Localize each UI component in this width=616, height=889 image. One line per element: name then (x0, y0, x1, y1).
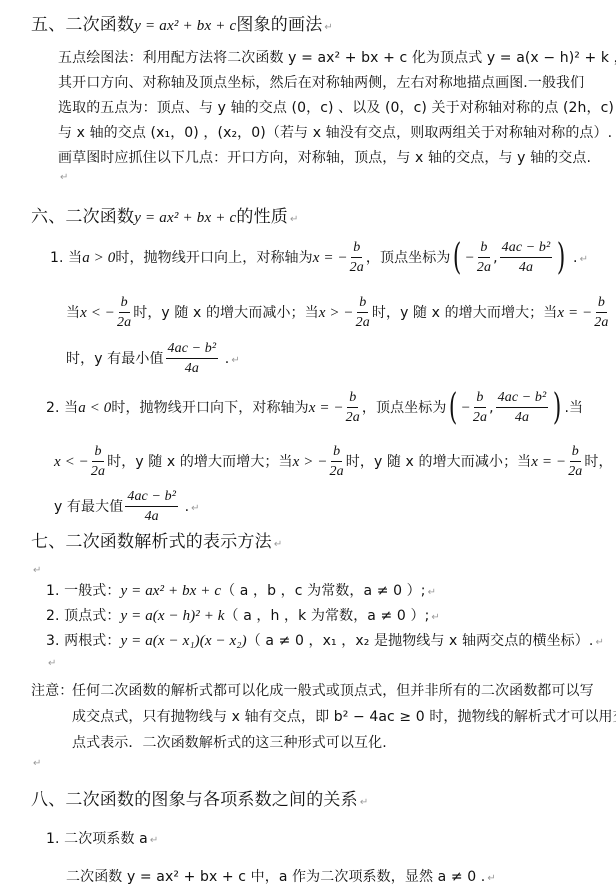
text: 时，抛物线开口向下，对称轴为 (111, 400, 308, 416)
numerator: b (92, 445, 103, 462)
section-5-line-1: 五点绘图法：利用配方法将二次函数 y = ax² + bx + c 化为顶点式 … (58, 47, 616, 67)
fraction: 4ac − b²4a (500, 241, 553, 275)
numerator: b (357, 296, 368, 313)
form-label: 2. 顶点式： (46, 608, 121, 624)
note-label: 注意： (31, 680, 73, 700)
numerator: b (351, 241, 362, 258)
numerator: b (119, 296, 130, 313)
formula: x < − (80, 305, 115, 321)
heading-formula: y = ax² + bx + c (134, 18, 236, 34)
formula: x > − (319, 305, 354, 321)
denominator: 4a (145, 507, 159, 524)
heading-text: 的性质 (236, 207, 288, 227)
text: 当 (66, 305, 80, 321)
form-note: （ a ≠ 0 ，x₁ ，x₂ 是抛物线与 x 轴两交点的横坐标）. (247, 633, 594, 649)
formula: y = a(x − h)² + k (121, 608, 225, 624)
paragraph-mark-icon: ↵ (290, 214, 299, 225)
numerator: 4ac − b² (125, 490, 178, 507)
fraction: b2a (477, 241, 491, 275)
denominator: 2a (473, 408, 487, 425)
numerator: b (331, 445, 342, 462)
paragraph-mark-icon: ↵ (487, 873, 495, 884)
form-label: 1. 一般式： (46, 583, 121, 599)
fraction: b2a (356, 296, 370, 330)
section-6-heading: 六、二次函数y = ax² + bx + c的性质↵ (31, 202, 299, 227)
section-5-line-4: 与 x 轴的交点 (x₁，0) ，(x₂，0)（若与 x 轴没有交点，则取两组关… (58, 122, 612, 142)
property-item-1-line-1: 1. 当a > 0时，抛物线开口向上，对称轴为x = −b2a，顶点坐标为(−b… (50, 240, 588, 276)
section-5-line-5: 画草图时应抓住以下几点：开口方向，对称轴，顶点，与 x 轴的交点，与 y 轴的交… (58, 147, 591, 167)
denominator: 2a (594, 313, 608, 330)
numerator: b (474, 391, 485, 408)
paragraph-mark-icon: ↵ (274, 539, 283, 550)
text: y 有最大值 (54, 499, 123, 515)
heading-formula: y = ax² + bx + c (134, 210, 236, 226)
numerator: 4ac − b² (500, 241, 553, 258)
paragraph-mark-icon: ↵ (360, 797, 369, 808)
right-paren-icon: ) (557, 240, 565, 276)
section-8-heading: 八、二次函数的图象与各项系数之间的关系↵ (31, 785, 368, 810)
text: y 随 x 的增大而减小；当 (374, 454, 531, 470)
text: 时， (584, 454, 612, 470)
paragraph-mark-icon: ↵ (324, 22, 333, 33)
fraction: b2a (350, 241, 364, 275)
expression-form-3: 3. 两根式：y = a(x − x₁)(x − x₂)（ a ≠ 0 ，x₁ … (46, 630, 604, 650)
paragraph-mark-icon: ↵ (33, 565, 41, 576)
paragraph-mark-icon: ↵ (231, 355, 239, 366)
property-item-2-line-3: y 有最大值4ac − b²4a .↵ (54, 490, 200, 524)
paragraph-mark-icon: ↵ (150, 835, 158, 846)
fraction: b2a (346, 391, 360, 425)
fraction: b2a (568, 445, 582, 479)
text: .当 (564, 400, 583, 416)
item-number: 1. (50, 250, 64, 266)
text: y 随 x 的增大而减小；当 (161, 305, 318, 321)
heading-text: 五、二次函数 (31, 15, 134, 35)
note-line-2: 成交点式，只有抛物线与 x 轴有交点，即 b² − 4ac ≥ 0 时，抛物线的… (72, 706, 616, 726)
expression-form-1: 1. 一般式：y = ax² + bx + c（ a ，b ，c 为常数，a ≠… (46, 580, 436, 600)
property-item-2-line-1: 2. 当a < 0时，抛物线开口向下，对称轴为x = −b2a，顶点坐标为(−b… (46, 390, 583, 426)
section-5-line-2: 其开口方向、对称轴及顶点坐标，然后在对称轴两侧，左右对称地描点画图.一般我们 (58, 72, 584, 92)
text: 时， (133, 305, 161, 321)
form-note: （ a ，h ，k 为常数，a ≠ 0 ）; (225, 608, 430, 624)
item-title: 1. 二次项系数 a (46, 831, 148, 847)
numerator: b (570, 445, 581, 462)
paragraph-mark-icon: ↵ (580, 254, 588, 265)
formula: x < − (54, 454, 89, 470)
denominator: 2a (350, 258, 364, 275)
form-note: （ a ，b ，c 为常数，a ≠ 0 ）; (221, 583, 425, 599)
paragraph-mark-icon: ↵ (428, 587, 436, 598)
section-5-heading: 五、二次函数y = ax² + bx + c图象的画法↵ (31, 10, 333, 35)
text: ，顶点坐标为 (366, 250, 451, 266)
right-paren-icon: ) (553, 390, 561, 426)
left-paren-icon: ( (449, 390, 457, 426)
text: 二次函数 y = ax² + bx + c 中，a 作为二次项系数，显然 a ≠… (66, 869, 485, 885)
paragraph-mark-icon: ↵ (191, 503, 199, 514)
heading-text: 六、二次函数 (31, 207, 134, 227)
formula: y = ax² + bx + c (121, 583, 222, 599)
text: 时， (107, 454, 135, 470)
formula: x = − (313, 250, 348, 266)
text: 时，抛物线开口向上，对称轴为 (115, 250, 312, 266)
denominator: 2a (346, 408, 360, 425)
fraction: b2a (330, 445, 344, 479)
heading-text: 八、二次函数的图象与各项系数之间的关系 (31, 790, 358, 810)
property-item-1-line-3: 时，y 有最小值4ac − b²4a .↵ (66, 342, 240, 376)
heading-text: 七、二次函数解析式的表示方法 (31, 532, 272, 552)
section-5-line-3: 选取的五点为：顶点、与 y 轴的交点 (0，c) 、以及 (0，c) 关于对称轴… (58, 97, 616, 117)
paragraph-mark-icon: ↵ (60, 172, 68, 183)
form-label: 3. 两根式： (46, 633, 121, 649)
fraction: 4ac − b²4a (166, 342, 219, 376)
coefficient-line: 二次函数 y = ax² + bx + c 中，a 作为二次项系数，显然 a ≠… (66, 866, 496, 886)
note-line-3: 点式表示．二次函数解析式的这三种形式可以互化. (72, 732, 387, 752)
denominator: 4a (185, 359, 199, 376)
denominator: 2a (477, 258, 491, 275)
denominator: 2a (91, 462, 105, 479)
paragraph-mark-icon: ↵ (33, 758, 41, 769)
numerator: b (478, 241, 489, 258)
property-item-2-line-2: x < −b2a时，y 随 x 的增大而增大；当x > −b2a时，y 随 x … (54, 445, 613, 479)
denominator: 2a (356, 313, 370, 330)
note-line-1: 任何二次函数的解析式都可以化成一般式或顶点式，但并非所有的二次函数都可以写 (72, 680, 594, 700)
formula: x = − (309, 400, 344, 416)
text: 时， (346, 454, 374, 470)
text: 当 (68, 250, 82, 266)
numerator: 4ac − b² (166, 342, 219, 359)
text: y 随 x 的增大而增大；当 (400, 305, 557, 321)
property-item-1-line-2: 当x < −b2a时，y 随 x 的增大而减小；当x > −b2a时，y 随 x… (66, 296, 611, 330)
fraction: 4ac − b²4a (125, 490, 178, 524)
numerator: 4ac − b² (496, 391, 549, 408)
heading-text: 图象的画法 (236, 15, 322, 35)
paragraph-mark-icon: ↵ (48, 658, 56, 669)
denominator: 4a (519, 258, 533, 275)
denominator: 2a (330, 462, 344, 479)
formula: x = − (557, 305, 592, 321)
fraction: b2a (473, 391, 487, 425)
text: ，顶点坐标为 (362, 400, 447, 416)
left-paren-icon: ( (453, 240, 461, 276)
fraction: b2a (91, 445, 105, 479)
section-7-heading: 七、二次函数解析式的表示方法↵ (31, 527, 282, 552)
formula: y = a(x − x₁)(x − x₂) (121, 633, 247, 649)
item-number: 2. (46, 400, 60, 416)
denominator: 2a (117, 313, 131, 330)
paragraph-mark-icon: ↵ (431, 612, 439, 623)
expression-form-2: 2. 顶点式：y = a(x − h)² + k（ a ，h ，k 为常数，a … (46, 605, 440, 625)
formula: a > 0 (82, 250, 115, 266)
numerator: b (347, 391, 358, 408)
fraction: b2a (117, 296, 131, 330)
formula: x = − (531, 454, 566, 470)
coefficient-item-1: 1. 二次项系数 a↵ (46, 828, 158, 848)
fraction: 4ac − b²4a (496, 391, 549, 425)
text: 时， (66, 351, 94, 367)
denominator: 4a (515, 408, 529, 425)
text: y 随 x 的增大而增大；当 (135, 454, 292, 470)
paragraph-mark-icon: ↵ (595, 637, 603, 648)
formula: x > − (293, 454, 328, 470)
formula: a < 0 (78, 400, 111, 416)
text: 时， (372, 305, 400, 321)
text: 当 (64, 400, 78, 416)
fraction: b2a (594, 296, 608, 330)
denominator: 2a (568, 462, 582, 479)
numerator: b (596, 296, 607, 313)
text: y 有最小值 (94, 351, 163, 367)
